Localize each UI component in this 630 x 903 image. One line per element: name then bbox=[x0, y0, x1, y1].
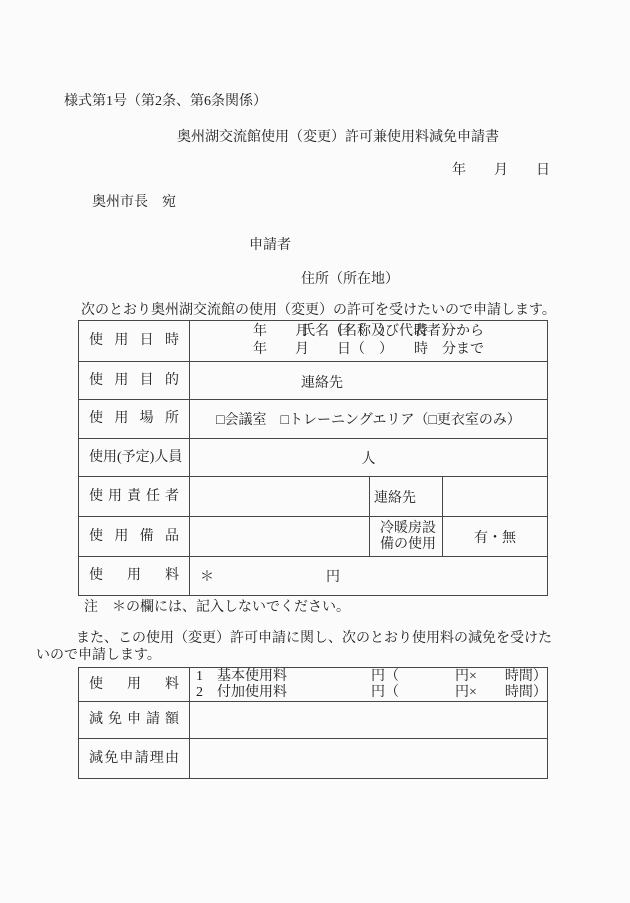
document-page: { "doc": { "form_number": "様式第1号（第2条、第6条… bbox=[0, 0, 630, 903]
hvac-value-cell: 有・無 bbox=[442, 517, 547, 556]
basic-fee-line: 1 基本使用料 円（ 円× 時間） bbox=[196, 669, 547, 685]
equipment-label: 使用備品 bbox=[79, 529, 189, 545]
usage-place-label: 使用場所 bbox=[79, 411, 189, 427]
responsible-contact-value-cell bbox=[442, 477, 547, 516]
table-row-equipment: 使用備品 冷暖房設 備の使用 有・無 bbox=[79, 516, 547, 556]
usage-datetime-to: 年 月 日（ ） 時 分まで bbox=[253, 341, 484, 359]
applicant-address-line: 住所（所在地） bbox=[301, 271, 455, 289]
reduction-amount-label-cell: 減免申請額 bbox=[79, 702, 189, 738]
usage-fee-label-cell: 使用料 bbox=[79, 557, 189, 595]
usage-persons-value-cell: 人 bbox=[189, 439, 547, 476]
responsible-person-label: 使用責任者 bbox=[79, 489, 189, 505]
equipment-label-cell: 使用備品 bbox=[79, 517, 189, 556]
reduction-amount-value-cell bbox=[189, 702, 547, 738]
responsible-contact-label-cell: 連絡先 bbox=[369, 477, 442, 516]
equipment-value-cell bbox=[189, 517, 369, 556]
table-row-reduction-reason: 減免申請理由 bbox=[79, 738, 547, 778]
table-row-reduction-amount: 減免申請額 bbox=[79, 701, 547, 738]
reduction-reason-value-cell bbox=[189, 739, 547, 778]
table-row-usage-persons: 使用(予定)人員 人 bbox=[79, 438, 547, 476]
date-line: 年 月 日 bbox=[452, 162, 550, 179]
table-row-usage-datetime: 使用日時 年 月 日（ ） 時 分から 年 月 日（ ） 時 分まで bbox=[79, 321, 547, 361]
table-row-usage-fee: 使用料 ＊ 円 bbox=[79, 556, 547, 595]
usage-datetime-label-cell: 使用日時 bbox=[79, 321, 189, 361]
table-row-responsible-person: 使用責任者 連絡先 bbox=[79, 476, 547, 516]
usage-purpose-value-cell bbox=[189, 362, 547, 399]
usage-purpose-label: 使用目的 bbox=[79, 373, 189, 389]
responsible-person-value-cell bbox=[189, 477, 369, 516]
usage-purpose-label-cell: 使用目的 bbox=[79, 362, 189, 399]
usage-fee-value-cell: ＊ 円 bbox=[189, 557, 547, 595]
hvac-yes-no: 有・無 bbox=[474, 527, 516, 547]
responsible-person-label-cell: 使用責任者 bbox=[79, 477, 189, 516]
usage-fee-label: 使用料 bbox=[79, 568, 189, 584]
usage-table: 使用日時 年 月 日（ ） 時 分から 年 月 日（ ） 時 分まで 使用目的 … bbox=[78, 320, 548, 596]
fee-breakdown-label-cell: 使用料 bbox=[79, 668, 189, 701]
usage-place-options: □会議室 □トレーニングエリア（□更衣室のみ） bbox=[216, 409, 521, 429]
usage-datetime-value-cell: 年 月 日（ ） 時 分から 年 月 日（ ） 時 分まで bbox=[189, 321, 547, 361]
usage-place-label-cell: 使用場所 bbox=[79, 400, 189, 438]
hvac-label-line2: 備の使用 bbox=[380, 537, 436, 553]
usage-datetime-from: 年 月 日（ ） 時 分から bbox=[253, 323, 484, 341]
fee-breakdown-value-cell: 1 基本使用料 円（ 円× 時間） 2 付加使用料 円（ 円× 時間） bbox=[189, 668, 547, 701]
reduction-intro-line2: いので申請します。 bbox=[36, 647, 161, 664]
addressee: 奥州市長 宛 bbox=[92, 194, 176, 211]
fee-breakdown-label: 使用料 bbox=[79, 677, 189, 693]
reduction-reason-label-cell: 減免申請理由 bbox=[79, 739, 189, 778]
reduction-reason-label: 減免申請理由 bbox=[79, 751, 189, 767]
page-title: 奥州湖交流館使用（変更）許可兼使用料減免申請書 bbox=[177, 129, 499, 146]
usage-place-value-cell: □会議室 □トレーニングエリア（□更衣室のみ） bbox=[189, 400, 547, 438]
table-row-usage-place: 使用場所 □会議室 □トレーニングエリア（□更衣室のみ） bbox=[79, 399, 547, 438]
intro-sentence: 次のとおり奥州湖交流館の使用（変更）の許可を受けたいので申請します。 bbox=[81, 302, 556, 319]
usage-fee-placeholder: ＊ 円 bbox=[200, 566, 340, 586]
hvac-label-line1: 冷暖房設 bbox=[380, 521, 436, 537]
usage-persons-label: 使用(予定)人員 bbox=[79, 450, 189, 466]
footnote: 注 ＊の欄には、記入しないでください。 bbox=[84, 599, 350, 616]
applicant-label: 申請者 bbox=[249, 237, 291, 254]
usage-datetime-label: 使用日時 bbox=[79, 333, 189, 349]
table-row-fee-breakdown: 使用料 1 基本使用料 円（ 円× 時間） 2 付加使用料 円（ 円× 時間） bbox=[79, 668, 547, 701]
usage-persons-label-cell: 使用(予定)人員 bbox=[79, 439, 189, 476]
form-number: 様式第1号（第2条、第6条関係） bbox=[64, 93, 267, 110]
fee-reduction-table: 使用料 1 基本使用料 円（ 円× 時間） 2 付加使用料 円（ 円× 時間） … bbox=[78, 667, 548, 779]
additional-fee-line: 2 付加使用料 円（ 円× 時間） bbox=[196, 685, 547, 701]
hvac-label-cell: 冷暖房設 備の使用 bbox=[369, 517, 442, 556]
reduction-intro-line1: また、この使用（変更）許可申請に関し、次のとおり使用料の減免を受けた bbox=[76, 630, 552, 647]
usage-persons-unit: 人 bbox=[362, 448, 376, 468]
responsible-contact-label: 連絡先 bbox=[374, 487, 416, 507]
table-row-usage-purpose: 使用目的 bbox=[79, 361, 547, 399]
reduction-amount-label: 減免申請額 bbox=[79, 712, 189, 728]
